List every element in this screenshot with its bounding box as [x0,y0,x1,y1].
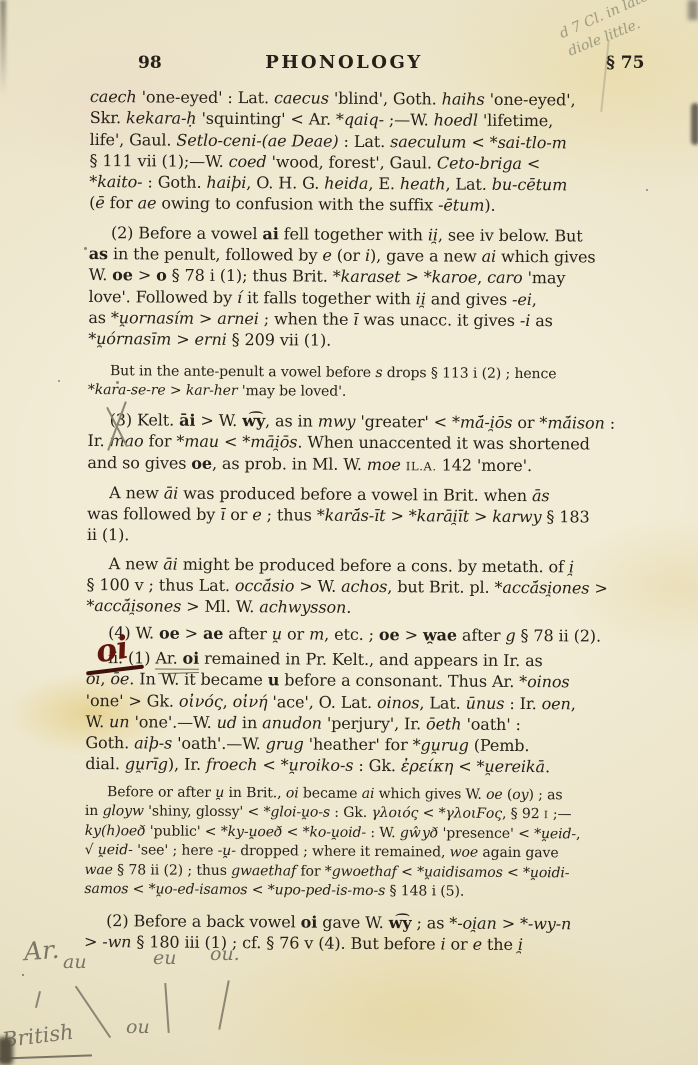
paragraph-small-print: But in the ante-penult a vowel before s … [88,362,648,404]
text-line: ii (1). [87,524,647,549]
text-line: samos < *u̯o-ed-isamos < *upo-ped-is-mo-… [84,880,644,903]
book-page-scan: 98 PHONOLOGY § 75 caech 'one-eyed' : Lat… [0,0,698,1065]
running-title: PHONOLOGY [0,52,688,73]
handwriting-eu: eu [153,947,176,969]
text-line: was followed by ī or e ; thus *karā́s-īt… [87,503,647,528]
paragraph: caech 'one-eyed' : Lat. caecus 'blind', … [89,86,650,218]
paragraph: A new āi was produced before a vowel in … [87,482,647,550]
page-edge-shadow [688,0,698,20]
handwriting-ar-underline [22,974,24,976]
handwriting-ou-result: ou [126,1016,150,1038]
text-line: dial. gu̯rīg), Ir. froech < *u̯roiko-s :… [85,753,645,778]
handwriting-au: au [63,951,87,973]
diagram-line [218,980,229,1029]
paragraph: (3) Kelt. āi > W. w͡y, as in mwy 'greate… [87,409,647,479]
printed-text-block: caech 'one-eyed' : Lat. caecus 'blind', … [84,86,650,956]
text-line: *u̯órnasīm > erni § 209 vii (1). [88,328,648,353]
text-line: (4) W. oe > ae after u̯ or m, etc. ; oe … [86,622,646,647]
text-line: and so gives oe, as prob. in Ml. W. moe … [87,452,647,479]
stain-speck [646,189,648,191]
text-line: *kara-se-re > kar-her 'may be loved'. [88,381,648,404]
handwriting-ar-label: Ar. [23,935,60,966]
text-line: (ē for ae owing to confusion with the su… [89,192,649,217]
stain-speck [58,380,60,382]
page-edge-mark [691,103,698,145]
page-edge-shadow [0,0,6,95]
text-line: *accā́i̯sones > Ml. W. achwysson. [86,595,646,620]
paragraph: A new āi might be produced before a cons… [86,553,646,621]
handwriting-ou: ou. [210,943,240,965]
pencil-stroke [35,991,41,1008]
paragraph: (2) Before a vowel ai fell together with… [88,222,649,354]
stain-speck [84,247,87,250]
stain-speck [116,381,119,384]
handwriting-british-underline [0,1054,92,1059]
paragraph-small-print: Before or after u̯ in Brit., oi became a… [84,783,645,903]
page-corner-stain [0,1037,13,1065]
margin-x-mark [100,402,136,452]
paragraph: (4) W. oe > ae after u̯ or m, etc. ; oe … [86,622,646,647]
diagram-line [164,983,169,1033]
section-number: § 75 [606,53,644,73]
margin-oi-ink-note: oi [93,630,131,671]
paragraph: ii. (1) Ar. oi remained in Pr. Kelt., an… [85,647,646,779]
diagram-line [75,986,111,1038]
